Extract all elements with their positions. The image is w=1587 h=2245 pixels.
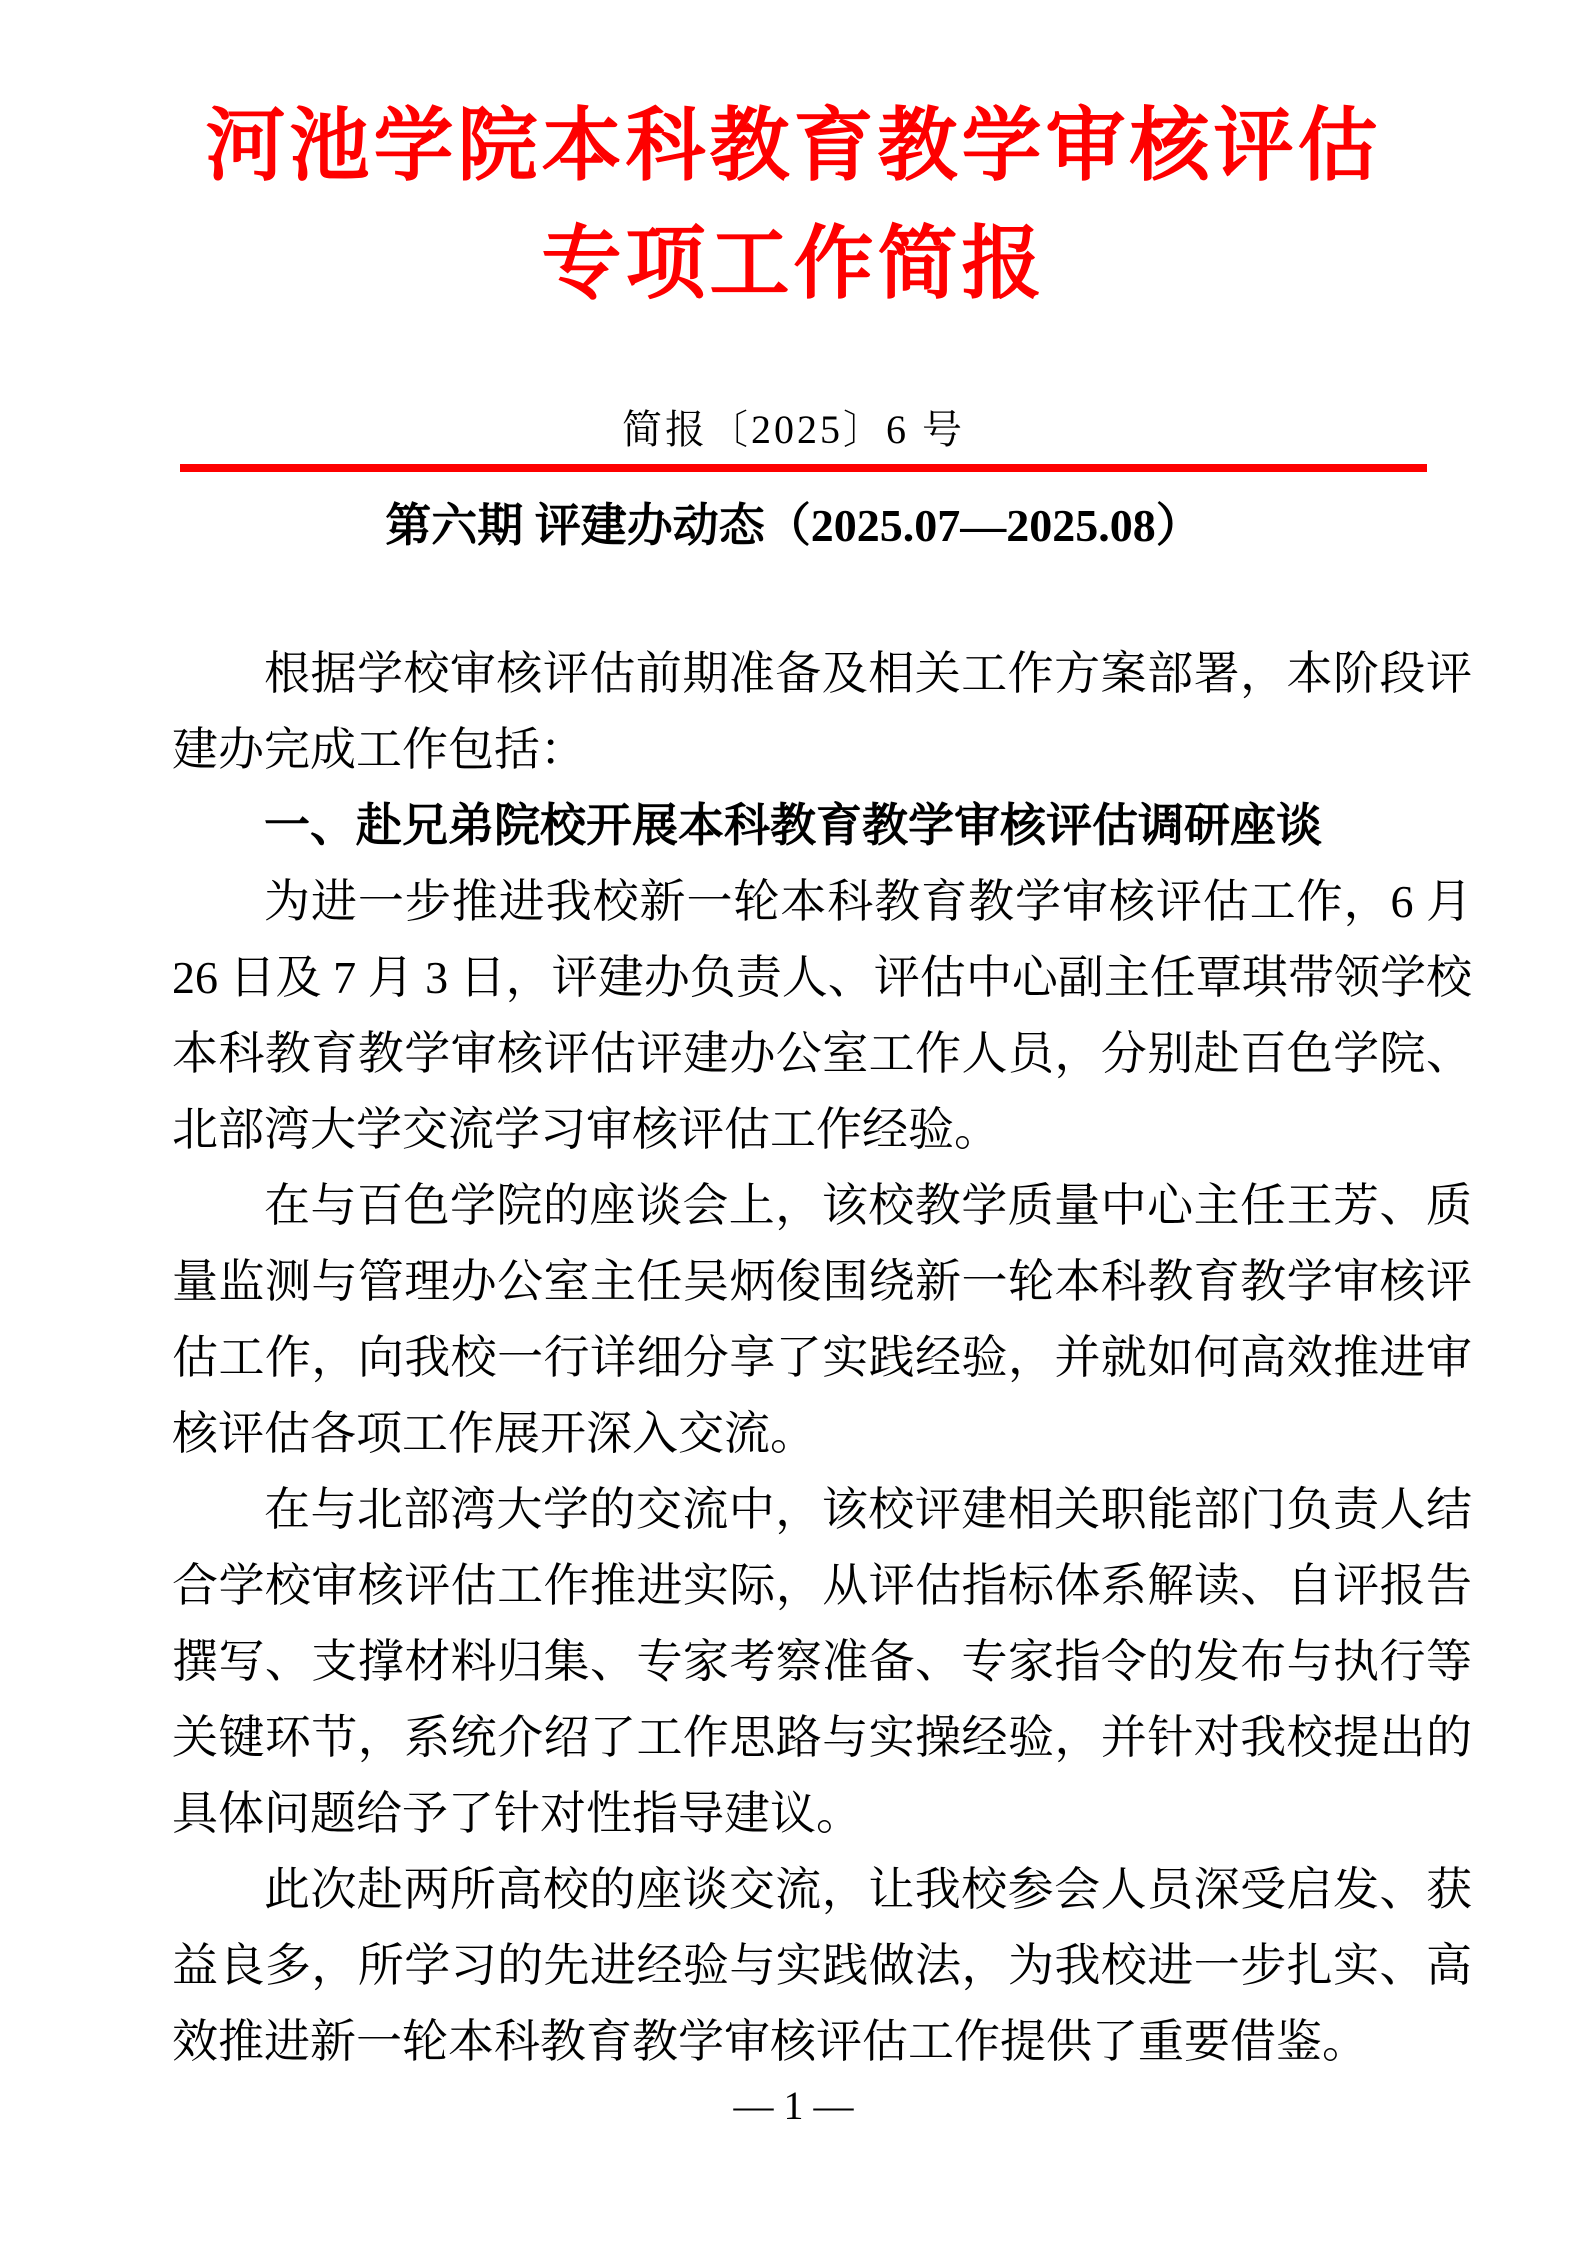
page-number: — 1 — [0,2082,1587,2130]
section-heading: 第六期 评建办动态（2025.07—2025.08） [0,498,1587,554]
red-divider-rule [180,464,1427,472]
paragraph-4: 此次赴两所高校的座谈交流，让我校参会人员深受启发、获益良多，所学习的先进经验与实… [172,1852,1472,2080]
paragraph-3: 在与北部湾大学的交流中，该校评建相关职能部门负责人结合学校审核评估工作推进实际，… [172,1472,1472,1852]
intro-paragraph: 根据学校审核评估前期准备及相关工作方案部署，本阶段评建办完成工作包括： [172,636,1472,788]
paragraph-2: 在与百色学院的座谈会上，该校教学质量中心主任王芳、质量监测与管理办公室主任吴炳俊… [172,1168,1472,1472]
issue-number: 简报〔2025〕6 号 [0,406,1587,454]
document-body: 根据学校审核评估前期准备及相关工作方案部署，本阶段评建办完成工作包括： 一、赴兄… [172,636,1472,2080]
doc-title-line2: 专项工作简报 [0,206,1587,324]
doc-title: 河池学院本科教育教学审核评估 专项工作简报 [0,88,1587,324]
paragraph-1: 为进一步推进我校新一轮本科教育教学审核评估工作，6 月 26 日及 7 月 3 … [172,864,1472,1168]
document-page: 河池学院本科教育教学审核评估 专项工作简报 简报〔2025〕6 号 第六期 评建… [0,0,1587,2245]
doc-title-line1: 河池学院本科教育教学审核评估 [0,88,1587,206]
section-1-heading: 一、赴兄弟院校开展本科教育教学审核评估调研座谈 [172,788,1472,864]
